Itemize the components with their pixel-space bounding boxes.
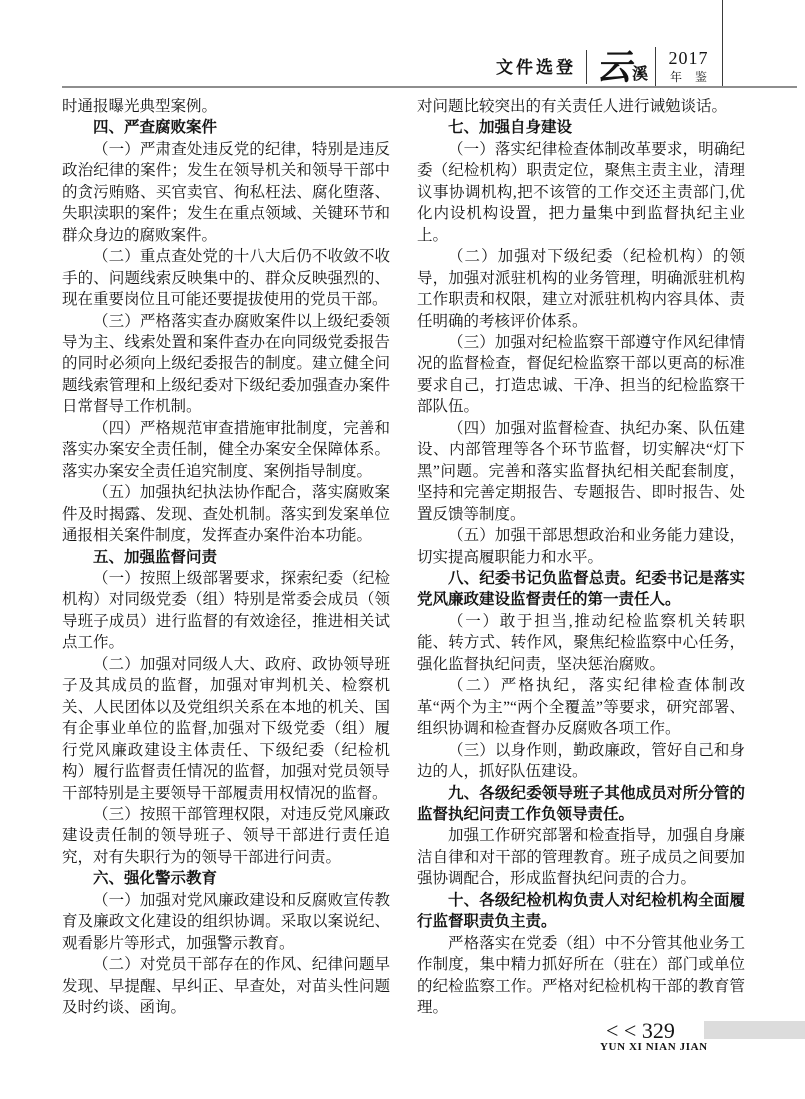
paragraph: （三）按照干部管理权限，对违反党风廉政建设责任制的领导班子、领导干部进行责任追究… (62, 804, 390, 868)
page-number-value: 329 (642, 1018, 675, 1043)
paragraph: （一）落实纪律检查体制改革要求，明确纪委（纪检机构）职责定位，聚焦主责主业，清理… (417, 139, 745, 246)
paragraph: （一）加强对党风廉政建设和反腐败宣传教育及廉政文化建设的组织协调。采取以案说纪、… (62, 890, 390, 954)
column-right: 对问题比较突出的有关责任人进行诫勉谈话。七、加强自身建设（一）落实纪律检查体制改… (417, 96, 745, 1018)
yearbook-year-block: 2017 年 鉴 (665, 49, 712, 87)
page-header: 文件选登 云 溪 2017 年 鉴 (0, 42, 712, 87)
header-divider-1 (586, 50, 587, 84)
section-heading: 五、加强监督问责 (62, 547, 390, 568)
paragraph: （二）对党员干部存在的作风、纪律问题早发现、早提醒、早纠正、早查处，对苗头性问题… (62, 954, 390, 1018)
paragraph: 对问题比较突出的有关责任人进行诫勉谈话。 (417, 96, 745, 117)
paragraph: （四）加强对监督检查、执纪办案、队伍建设、内部管理等各个环节监督，切实解决“灯下… (417, 418, 745, 525)
paragraph: （三）以身作则，勤政廉政，管好自己和身边的人，抓好队伍建设。 (417, 740, 745, 783)
paragraph: （一）按照上级部署要求，探索纪委（纪检机构）对同级党委（组）特别是常委会成员（领… (62, 568, 390, 654)
paragraph: （四）严格规范审查措施审批制度，完善和落实办案安全责任制，健全办案安全保障体系。… (62, 418, 390, 482)
footer-pinyin: YUN XI NIAN JIAN (600, 1041, 708, 1053)
section-heading: 十、各级纪检机构负责人对纪检机构全面履行监督职责负主责。 (417, 890, 745, 933)
header-right-rule (722, 0, 723, 86)
paragraph: （一）敢于担当,推动纪检监察机关转职能、转方式、转作风，聚焦纪检监察中心任务，强… (417, 611, 745, 675)
paragraph: （二）重点查处党的十八大后仍不收敛不收手的、问题线索反映集中的、群众反映强烈的、… (62, 246, 390, 310)
page-number: < < 329 (606, 1019, 675, 1042)
paragraph: （二）严格执纪，落实纪律检查体制改革“两个为主”“两个全覆盖”等要求，研究部署、… (417, 675, 745, 739)
footer-gray-bar (704, 1021, 805, 1039)
yearbook-page: { "page": { "header": { "section_title":… (0, 0, 805, 1099)
yearbook-logo: 云 溪 (596, 51, 648, 87)
section-heading: 七、加强自身建设 (417, 117, 745, 138)
header-divider-2 (655, 47, 656, 87)
section-heading: 八、纪委书记负监督总责。纪委书记是落实党风廉政建设监督责任的第一责任人。 (417, 568, 745, 611)
paragraph: （一）严肃查处违反党的纪律，特别是违反政治纪律的案件；发生在领导机关和领导干部中… (62, 139, 390, 246)
paragraph: 时通报曝光典型案例。 (62, 96, 390, 117)
header-section-title: 文件选登 (496, 53, 576, 87)
paragraph: （三）加强对纪检监察干部遵守作风纪律情况的监督检查，督促纪检监察干部以更高的标准… (417, 332, 745, 418)
paragraph: （五）加强执纪执法协作配合，落实腐败案件及时揭露、发现、查处机制。落实到发案单位… (62, 482, 390, 546)
yearbook-label: 年 鉴 (670, 70, 712, 84)
section-heading: 九、各级纪委领导班子其他成员对所分管的监督执纪问责工作负领导责任。 (417, 783, 745, 826)
page-marker: < < (606, 1018, 636, 1043)
logo-large-char: 云 (596, 51, 631, 84)
paragraph: （二）加强对下级纪委（纪检机构）的领导，加强对派驻机构的业务管理，明确派驻机构工… (417, 246, 745, 332)
paragraph: （二）加强对同级人大、政府、政协领导班子及其成员的监督，加强对审判机关、检察机关… (62, 654, 390, 804)
paragraph: 加强工作研究部署和检查指导，加强自身廉洁自律和对干部的管理教育。班子成员之间要加… (417, 825, 745, 889)
header-horizontal-rule (62, 86, 797, 88)
logo-small-char: 溪 (632, 65, 648, 84)
section-heading: 四、严查腐败案件 (62, 117, 390, 138)
year-label: 2017 (668, 49, 708, 68)
section-heading: 六、强化警示教育 (62, 868, 390, 889)
paragraph: （三）严格落实查办腐败案件以上级纪委领导为主、线索处置和案件查办在向同级党委报告… (62, 311, 390, 418)
paragraph: 严格落实在党委（组）中不分管其他业务工作制度，集中精力抓好所在（驻在）部门或单位… (417, 933, 745, 1019)
paragraph: （五）加强干部思想政治和业务能力建设，切实提高履职能力和水平。 (417, 525, 745, 568)
article-body: 时通报曝光典型案例。四、严查腐败案件（一）严肃查处违反党的纪律，特别是违反政治纪… (62, 96, 745, 1018)
column-left: 时通报曝光典型案例。四、严查腐败案件（一）严肃查处违反党的纪律，特别是违反政治纪… (62, 96, 390, 1018)
